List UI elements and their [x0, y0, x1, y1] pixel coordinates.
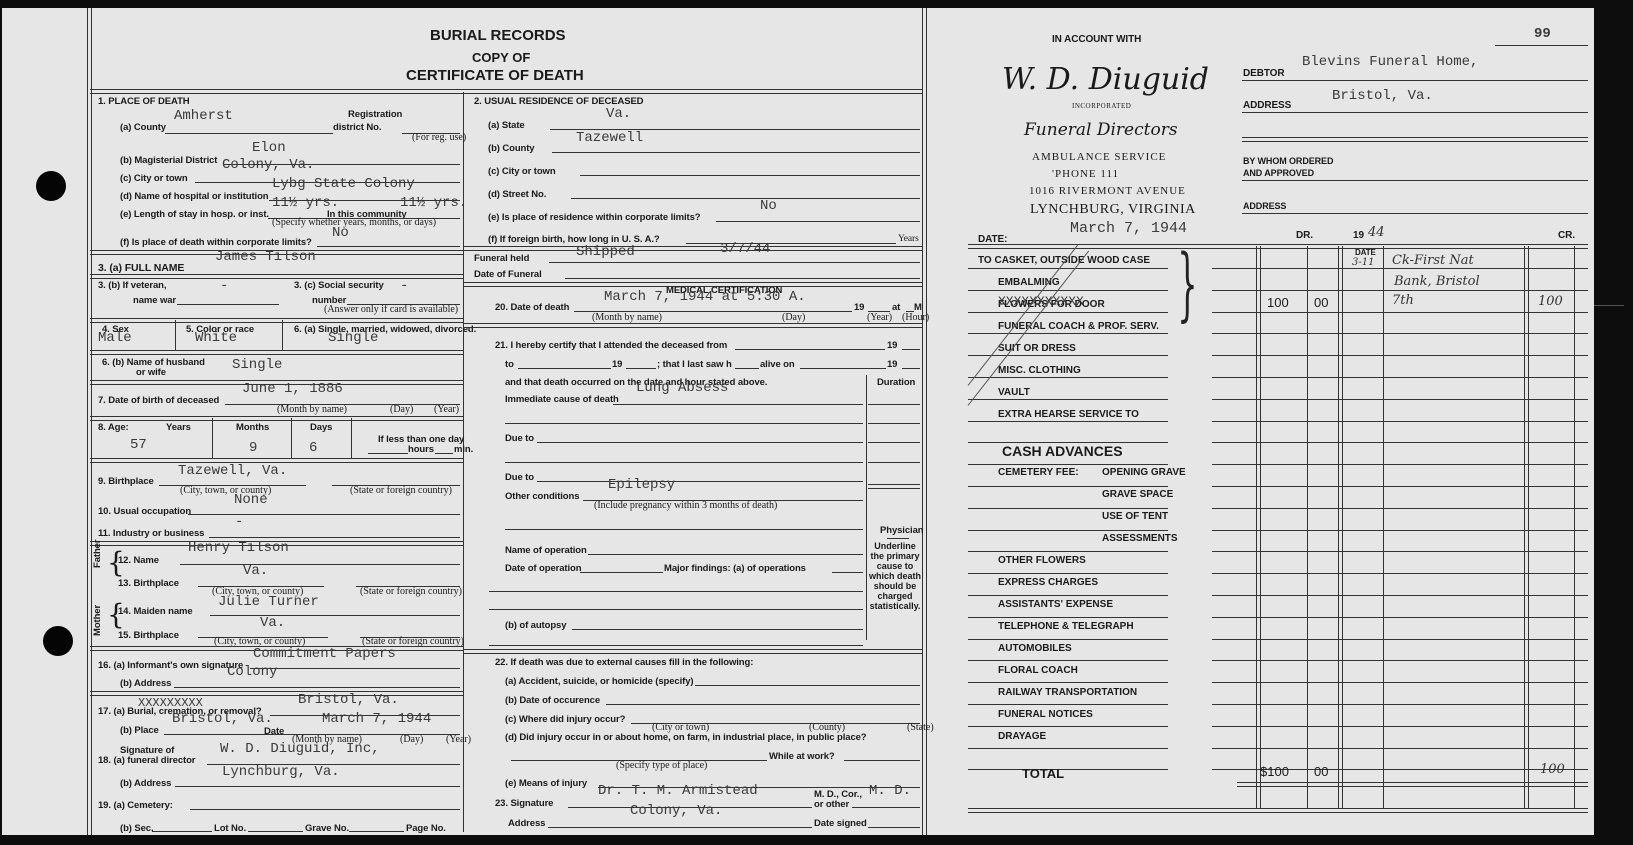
total-label: TOTAL: [1022, 766, 1064, 781]
ledger-rule: [968, 595, 1168, 596]
ledger-item-misc-clothing: MISC. CLOTHING: [998, 365, 1081, 376]
ledger-col-divider: [1256, 246, 1261, 808]
signature-value: Dr. T. M. Armistead: [598, 783, 758, 799]
director-address-value: Lynchburg, Va.: [222, 764, 340, 780]
ledger-rule: [968, 508, 1168, 509]
father-side-label: Father: [92, 540, 103, 568]
certify-to-19-label: 19: [612, 359, 622, 370]
center-divider: [922, 8, 927, 835]
ledger-rule: [1212, 639, 1588, 640]
corporate-label: (f) Is place of death within corporate l…: [120, 237, 312, 248]
father-birthplace-label: 13. Birthplace: [118, 578, 179, 589]
death-note-hour: (Hour): [902, 312, 929, 323]
immediate-cause-value: Lung Absess: [636, 380, 728, 396]
place-of-death-heading: 1. PLACE OF DEATH: [98, 96, 190, 107]
physician-note-line: Underline: [868, 541, 922, 551]
death-note-month: (Month by name): [592, 312, 662, 323]
ledger-rule: [1212, 486, 1588, 487]
ledger-item-assessments: ASSESSMENTS: [1102, 533, 1178, 544]
ledger-rule: [1212, 268, 1588, 269]
credit-note-line3: 7th: [1392, 293, 1414, 308]
ledger-rule: [1212, 726, 1588, 727]
ledger-rule: [968, 704, 1168, 705]
cemetery-fee-label: CEMETERY FEE:: [998, 467, 1079, 478]
death-19-label: 19: [854, 302, 864, 313]
external-b-label: (b) Date of occurence: [505, 695, 600, 706]
ledger-rule: [968, 290, 1168, 291]
physician-note-line: which death: [868, 571, 922, 581]
external-a-label: (a) Accident, suicide, or homicide (spec…: [505, 676, 693, 687]
sex-value: Male: [98, 330, 132, 346]
occupation-value: None: [234, 492, 268, 508]
certify-last-saw-label: ; that I last saw h: [657, 359, 732, 370]
ledger-rule: [1212, 595, 1588, 596]
full-name-value: James Tilson: [215, 249, 316, 265]
ledger-rule: [968, 660, 1168, 661]
ledger-item-automobiles: AUTOMOBILES: [998, 643, 1072, 654]
marital-value: Single: [328, 330, 378, 346]
funeral-held-label: Funeral held: [474, 253, 529, 264]
ledger-rule: [1212, 748, 1588, 749]
total-cents: 00: [1314, 764, 1328, 779]
burial-date-value: March 7, 1944: [322, 711, 431, 727]
ledger-rule: [968, 573, 1168, 574]
director-value: W. D. Diuguid, Inc,: [220, 741, 380, 757]
ledger-rule: [968, 551, 1168, 552]
funeral-date-label: Date of Funeral: [474, 269, 542, 280]
physician-note: Underline the primary cause to which dea…: [868, 541, 922, 611]
ledger-rule: [1212, 442, 1588, 443]
flowers-cents: 00: [1314, 295, 1328, 310]
ledger-item-vault: VAULT: [998, 387, 1030, 398]
stay-note: (Specify whether years, months, or days): [272, 217, 436, 228]
residence-corporate-value: No: [760, 198, 777, 214]
approved-label: AND APPROVED: [1243, 168, 1314, 178]
physician-note-line: cause to: [868, 561, 922, 571]
ledger-item-floral-coach: FLORAL COACH: [998, 665, 1078, 676]
ledger-item-express: EXPRESS CHARGES: [998, 577, 1098, 588]
page-label: Page No.: [406, 823, 446, 834]
flowers-amount: 100: [1267, 295, 1289, 310]
ssn-label: 3. (c) Social security: [294, 280, 384, 291]
header-certificate-of-death: CERTIFICATE OF DEATH: [406, 67, 584, 84]
ledger-rule: [1212, 617, 1588, 618]
external-e-label: (e) Means of injury: [505, 778, 587, 789]
lot-label: Lot No.: [214, 823, 246, 834]
stay-label: (e) Length of stay in hosp. or inst.: [120, 209, 269, 220]
certify-to-label: to: [505, 359, 514, 370]
informant-address-label: (b) Address: [120, 678, 171, 689]
marital-label: 6. (a) Single, married, widowed, divorce…: [294, 324, 476, 335]
death-note-year: (Year): [867, 312, 892, 323]
residence-state-label: (a) State: [488, 120, 525, 131]
burial-date-label: Date: [264, 726, 284, 737]
external-d-note: (Specify type of place): [616, 760, 707, 771]
ledger-rule: [968, 377, 1168, 378]
director-address-label: (b) Address: [120, 778, 171, 789]
other-conditions-label: Other conditions: [505, 491, 579, 502]
company-city: LYNCHBURG, VIRGINIA: [1030, 202, 1196, 218]
corporate-value: No: [332, 225, 349, 241]
birth-note-day: (Day): [390, 404, 413, 415]
certify-label: 21. I hereby certify that I attended the…: [495, 340, 727, 351]
ledger-brace-icon: }: [1177, 244, 1197, 324]
ledger-rule: [1212, 290, 1588, 291]
funeral-held-value: Shipped: [576, 244, 635, 260]
year-prefix: 19: [1353, 230, 1364, 241]
approver-address-label: ADDRESS: [1243, 201, 1286, 211]
ledger-rule: [968, 769, 1168, 770]
external-c-label: (c) Where did injury occur?: [505, 714, 625, 725]
residence-city-label: (c) City or town: [488, 166, 556, 177]
father-name-value: Henry Tilson: [188, 540, 289, 556]
burial-place-value: Bristol, Va.: [172, 711, 273, 727]
veteran-war-label: name war: [133, 295, 176, 306]
debtor-address-value: Bristol, Va.: [1332, 88, 1433, 104]
ledger-rule: [968, 530, 1168, 531]
director-label-2: 18. (a) funeral director: [98, 755, 195, 766]
credit-note-date: 3-11: [1352, 257, 1374, 268]
birthplace-note-state: (State or foreign country): [350, 485, 452, 496]
burial-place-label: (b) Place: [120, 725, 159, 736]
hospital-value: Lybg State Colony: [272, 176, 415, 192]
mother-name-label: 14. Maiden name: [118, 606, 193, 617]
operation-label: Name of operation: [505, 545, 587, 556]
physician-note-line: charged: [868, 591, 922, 601]
ledger-item-drayage: DRAYAGE: [998, 731, 1046, 742]
full-name-label: 3. (a) FULL NAME: [98, 262, 184, 274]
mother-birthplace-label: 15. Birthplace: [118, 630, 179, 641]
ledger-item-funeral-notices: FUNERAL NOTICES: [998, 709, 1093, 720]
residence-county-label: (b) County: [488, 143, 535, 154]
ledger-rule: [1212, 464, 1588, 465]
physician-title: Physician: [880, 525, 923, 536]
header-copy-of: COPY OF: [472, 50, 530, 65]
signature-address-value: Colony, Va.: [630, 803, 722, 819]
registration-note: (For reg. use): [412, 132, 466, 143]
burial-note-year: (Year): [446, 734, 471, 745]
ledger-rule: [968, 399, 1168, 400]
ledger-item-extra-hearse: EXTRA HEARSE SERVICE TO: [998, 409, 1139, 420]
ledger-item-railway: RAILWAY TRANSPORTATION: [998, 687, 1137, 698]
operation-date-label: Date of operation: [505, 563, 581, 574]
ledger-rule: [968, 312, 1168, 313]
age-months-value: 9: [249, 440, 257, 456]
city-value: Colony, Va.: [222, 157, 314, 173]
magisterial-value: Elon: [252, 140, 286, 156]
ambulance-service: AMBULANCE SERVICE: [1032, 151, 1166, 163]
binder-hole-bottom: [43, 626, 73, 656]
mother-side-label: Mother: [92, 605, 103, 636]
ledger-rule: [968, 333, 1168, 334]
company-street: 1016 RIVERMONT AVENUE: [1029, 185, 1186, 197]
ledger-rule: [1212, 333, 1588, 334]
ledger-item-telephone: TELEPHONE & TELEGRAPH: [998, 621, 1134, 632]
cash-advances-heading: CASH ADVANCES: [1002, 443, 1123, 459]
credit-label: CR.: [1558, 230, 1575, 241]
duration-label: Duration: [877, 377, 915, 388]
birth-note-year: (Year): [434, 404, 459, 415]
birth-date-value: June 1, 1886: [242, 381, 343, 397]
other-conditions-note: (Include pregnancy within 3 months of de…: [594, 500, 777, 511]
informant-label: 16. (a) Informant's own signature: [98, 660, 243, 671]
age-months-label: Months: [236, 422, 269, 433]
ledger-rule: [1212, 682, 1588, 683]
due-to-1-label: Due to: [505, 433, 534, 444]
father-note-state: (State or foreign country): [360, 586, 462, 597]
physician-note-line: should be: [868, 581, 922, 591]
ledger-item-opening-grave: OPENING GRAVE: [1102, 467, 1186, 478]
age-label: 8. Age:: [98, 422, 129, 433]
certify-alive-label: alive on: [760, 359, 795, 370]
age-years-value: 57: [130, 437, 147, 453]
death-note-day: (Day): [782, 312, 805, 323]
min-label: min.: [454, 444, 473, 455]
ledger-rule: [968, 748, 1168, 749]
veteran-value: -: [220, 278, 228, 294]
ledger-item-assistants: ASSISTANTS' EXPENSE: [998, 599, 1113, 610]
occupation-label: 10. Usual occupation: [98, 506, 191, 517]
debit-label: DR.: [1296, 230, 1313, 241]
immediate-cause-label: Immediate cause of death: [505, 394, 619, 405]
ledger-item-funeral-coach: FUNERAL COACH & PROF. SERV.: [998, 321, 1159, 332]
ledger-rule: [1212, 508, 1588, 509]
debtor-address-label: ADDRESS: [1243, 100, 1291, 111]
burial-note-day: (Day): [400, 734, 423, 745]
birthplace-value: Tazewell, Va.: [178, 463, 287, 479]
company-phone: 'PHONE 111: [1052, 168, 1119, 180]
incorporated-label: INCORPORATED: [1072, 102, 1131, 110]
debtor-value: Blevins Funeral Home,: [1302, 54, 1478, 70]
ssn-note: (Answer only if card is available): [324, 304, 458, 315]
residence-county-value: Tazewell: [576, 130, 643, 146]
ordered-by-label: BY WHOM ORDERED: [1243, 156, 1333, 166]
father-name-label: 12. Name: [118, 555, 159, 566]
birth-note-month: (Month by name): [277, 404, 347, 415]
certify-alive-19-label: 19: [887, 359, 897, 370]
ledger-rule: [1212, 573, 1588, 574]
residence-state-value: Va.: [606, 106, 631, 122]
record-number: 99: [1534, 26, 1551, 42]
external-causes-heading: 22. If death was due to external causes …: [495, 657, 753, 668]
date-of-death-value: March 7, 1944 at 5:30 A.: [604, 289, 806, 305]
ledger-rule: [968, 421, 1168, 422]
other-conditions-value: Epilepsy: [608, 477, 675, 493]
registration-label: Registration: [348, 109, 402, 120]
credit-note-line1: Ck-First Nat: [1392, 253, 1474, 268]
age-years-label: Years: [166, 422, 191, 433]
ledger-rule: [968, 355, 1168, 356]
informant-value: Commitment Papers: [253, 646, 396, 662]
certify-19-label: 19: [887, 340, 897, 351]
hospital-label: (d) Name of hospital or institution: [120, 191, 269, 202]
ledger-rule: [1212, 551, 1588, 552]
ledger-rule: [1212, 530, 1588, 531]
binder-hole-top: [36, 171, 66, 201]
left-border: [87, 8, 92, 835]
birth-date-label: 7. Date of birth of deceased: [98, 395, 219, 406]
mother-birthplace-value: Va.: [260, 615, 285, 631]
ledger-rule: [968, 486, 1168, 487]
ledger-item-use-of-tent: USE OF TENT: [1102, 511, 1168, 522]
age-days-label: Days: [310, 422, 332, 433]
ledger-rule: [1212, 704, 1588, 705]
county-label: (a) County: [120, 122, 166, 133]
ledger-rule: [1212, 355, 1588, 356]
grave-label: Grave No.: [305, 823, 349, 834]
company-tagline: Funeral Directors: [1024, 120, 1178, 140]
burial-value: Bristol, Va.: [298, 692, 399, 708]
ledger-date-column-label: DATE: [1355, 248, 1376, 257]
total-amount: $100: [1260, 764, 1289, 779]
industry-label: 11. Industry or business: [98, 528, 204, 539]
foreign-birth-unit: Years: [898, 234, 919, 244]
registration-district-label: district No.: [333, 122, 381, 133]
credit-amount: 100: [1538, 294, 1563, 309]
debtor-label: DEBTOR: [1243, 68, 1284, 79]
account-date-value: March 7, 1944: [1070, 220, 1187, 237]
community-value: 11½ yrs.: [400, 195, 467, 211]
ledger-rule: [1212, 399, 1588, 400]
spouse-label-2: or wife: [136, 367, 166, 378]
account-heading: IN ACCOUNT WITH: [1052, 34, 1141, 45]
mother-name-value: Julie Turner: [218, 594, 319, 610]
ledger-rule: [968, 682, 1168, 683]
death-at-label: at: [892, 302, 900, 313]
ledger-rule: [968, 268, 1168, 269]
veteran-label: 3. (b) If veteran,: [98, 280, 166, 291]
spouse-value: Single: [232, 357, 282, 373]
document-sheet: BURIAL RECORDS COPY OF CERTIFICATE OF DE…: [2, 8, 1594, 835]
ledger-rule: [1212, 312, 1588, 313]
magisterial-label: (b) Magisterial District: [120, 155, 217, 166]
physician-note-line: statistically.: [868, 601, 922, 611]
age-days-value: 6: [309, 440, 317, 456]
signature-label: 23. Signature: [495, 798, 553, 809]
residence-street-label: (d) Street No.: [488, 189, 546, 200]
year-handwritten: 44: [1368, 225, 1385, 240]
ledger-rule: [1212, 377, 1588, 378]
informant-address-value: Colony: [227, 664, 277, 680]
due-to-2-label: Due to: [505, 472, 534, 483]
total-credit: 100: [1540, 762, 1565, 777]
funeral-held-date: 3/7/44: [720, 241, 770, 257]
ledger-rule: [968, 639, 1168, 640]
signature-title-value: M. D.: [869, 783, 911, 799]
hours-label: hours: [408, 444, 434, 455]
ledger-rule: [968, 464, 1168, 465]
birthplace-label: 9. Birthplace: [98, 476, 154, 487]
autopsy-label: (b) of autopsy: [505, 620, 566, 631]
ledger-item-other-flowers: OTHER FLOWERS: [998, 555, 1086, 566]
sec-label: (b) Sec.: [120, 823, 154, 834]
ledger-rule: [968, 617, 1168, 618]
credit-note-line2: Bank, Bristol: [1394, 274, 1480, 289]
external-d-label: (d) Did injury occur in or about home, o…: [505, 732, 867, 743]
residence-corporate-label: (e) Is place of residence within corpora…: [488, 212, 701, 223]
ledger-item-grave-space: GRAVE SPACE: [1102, 489, 1173, 500]
header-burial-records: BURIAL RECORDS: [430, 27, 566, 44]
ledger-rule: [1212, 421, 1588, 422]
date-signed-label: Date signed: [814, 818, 867, 829]
physician-note-line: the primary: [868, 551, 922, 561]
city-label: (c) City or town: [120, 173, 188, 184]
signature-address-label: Address: [508, 818, 545, 829]
ledger-rule: [968, 726, 1168, 727]
external-c-state-note: (State): [907, 722, 934, 733]
ssn-value: -: [400, 278, 408, 294]
father-birthplace-value: Va.: [243, 563, 268, 579]
signature-other-label: or other: [814, 799, 849, 810]
cemetery-label: 19. (a) Cemetery:: [98, 800, 173, 811]
industry-value: -: [235, 514, 243, 530]
ledger-struck-text: XXXXXXXXXXX: [998, 294, 1084, 309]
race-value: White: [195, 330, 237, 346]
findings-label: Major findings: (a) of operations: [664, 563, 806, 574]
ledger-rule: [1212, 660, 1588, 661]
date-of-death-label: 20. Date of death: [495, 302, 569, 313]
company-logo: W. D. Diuguid: [1002, 62, 1209, 97]
while-at-work-label: While at work?: [769, 751, 835, 762]
county-value: Amherst: [174, 108, 233, 124]
